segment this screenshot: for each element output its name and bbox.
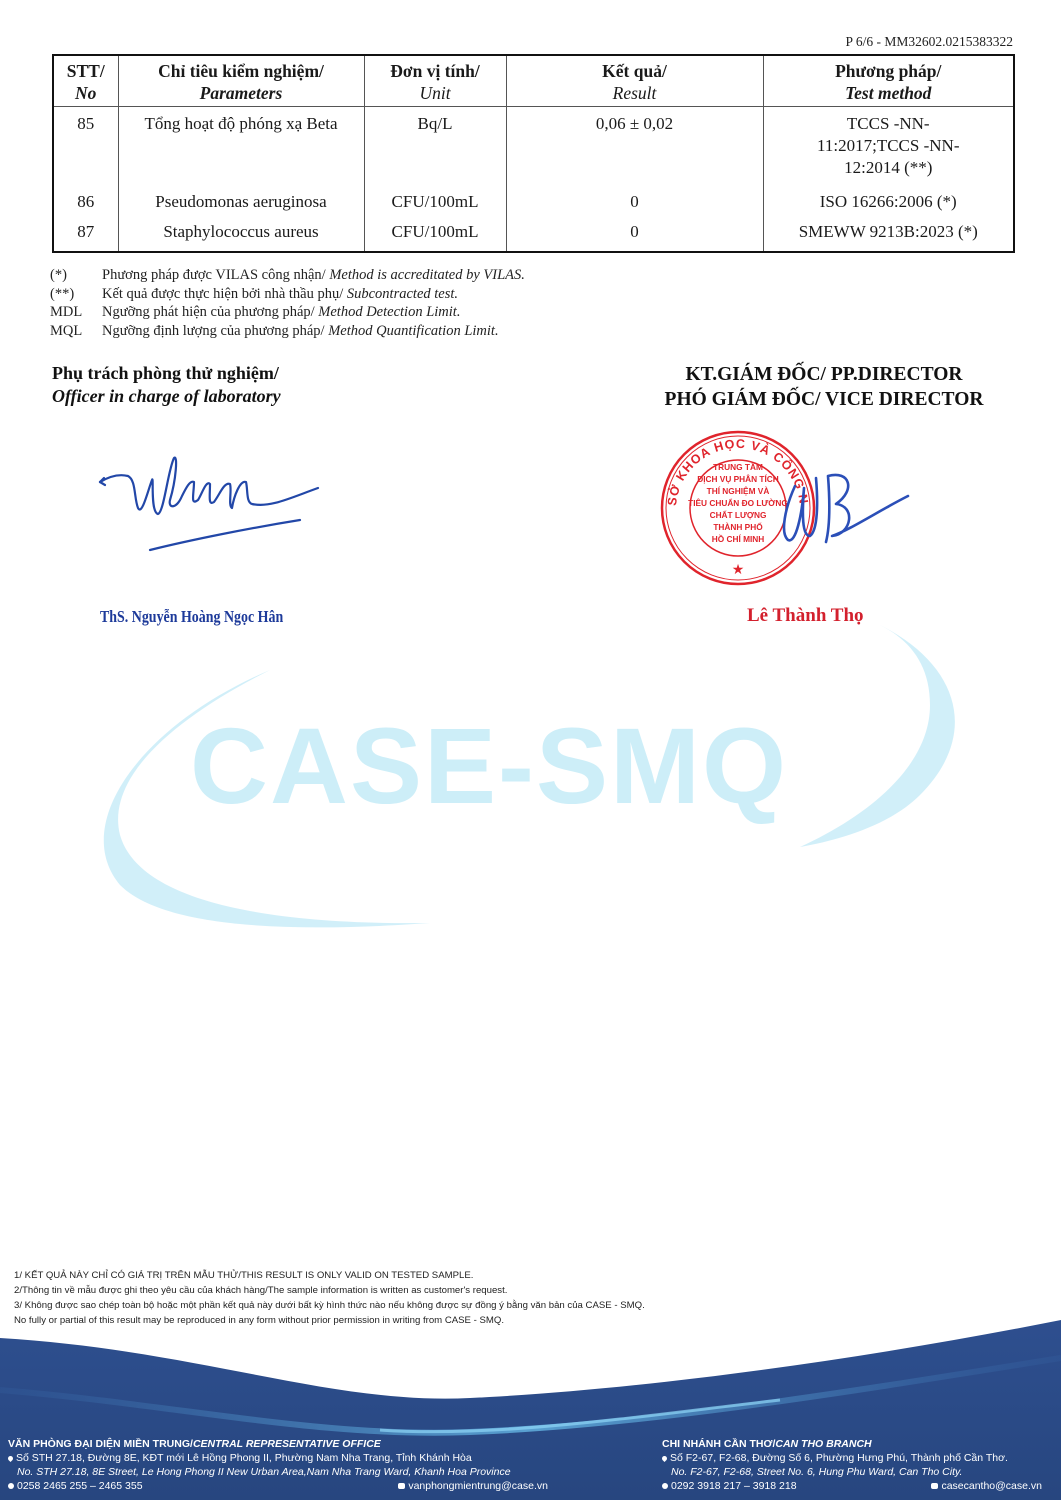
svg-text:DỊCH VỤ PHÂN TÍCH: DỊCH VỤ PHÂN TÍCH: [697, 473, 779, 484]
cell-unit: CFU/100mL: [364, 191, 506, 221]
note-subcontracted: (**) Kết quả được thực hiện bởi nhà thầu…: [50, 285, 525, 304]
branch-email[interactable]: casecantho@case.vn: [941, 1479, 1042, 1493]
cell-no: 85: [53, 107, 118, 192]
cell-result: 0: [506, 221, 763, 252]
page-reference: P 6/6 - MM32602.0215383322: [845, 34, 1013, 50]
cell-parameter: Tổng hoạt độ phóng xạ Beta: [118, 107, 364, 192]
central-office-contact: 0258 2465 255 – 2465 355 vanphongmientru…: [8, 1479, 548, 1493]
branch-address-en: No. F2-67, F2-68, Street No. 6, Hung Phu…: [662, 1465, 1042, 1479]
central-office-title: VĂN PHÒNG ĐẠI DIỆN MIỀN TRUNG/CENTRAL RE…: [8, 1437, 548, 1451]
svg-text:THÍ NGHIỆM VÀ: THÍ NGHIỆM VÀ: [707, 485, 770, 496]
branch-phone: 0292 3918 217 – 3918 218: [671, 1479, 797, 1493]
table-header-row: STT/No Chỉ tiêu kiểm nghiệm/Parameters Đ…: [53, 55, 1014, 107]
note-accredited: (*)Phương pháp được VILAS công nhận/ Met…: [50, 266, 525, 285]
cell-method: SMEWW 9213B:2023 (*): [763, 221, 1014, 252]
cell-parameter: Pseudomonas aeruginosa: [118, 191, 364, 221]
central-office-phone: 0258 2465 255 – 2465 355: [17, 1479, 143, 1493]
cell-method: TCCS -NN-11:2017;TCCS -NN-12:2014 (**): [763, 107, 1014, 192]
svg-text:CHẤT LƯỢNG: CHẤT LƯỢNG: [710, 510, 767, 520]
official-stamp: SỞ KHOA HỌC VÀ CÔNG NGHỆ THÀNH PHỐ HỒ CH…: [650, 418, 910, 598]
header-result: Kết quả/Result: [506, 55, 763, 107]
footer-can-tho-branch: CHI NHÁNH CẦN THƠ/CAN THO BRANCH Số F2-6…: [662, 1437, 1042, 1493]
cell-result: 0: [506, 191, 763, 221]
central-office-email[interactable]: vanphongmientrung@case.vn: [408, 1479, 548, 1493]
lab-officer-signature: [90, 450, 330, 570]
phone-icon: [662, 1483, 668, 1489]
cell-no: 87: [53, 221, 118, 252]
location-pin-icon: [7, 1455, 14, 1462]
cell-unit: Bq/L: [364, 107, 506, 192]
cell-method: ISO 16266:2006 (*): [763, 191, 1014, 221]
table-row: 85 Tổng hoạt độ phóng xạ Beta Bq/L 0,06 …: [53, 107, 1014, 192]
header-unit: Đơn vị tính/Unit: [364, 55, 506, 107]
svg-text:TIÊU CHUẨN ĐO LƯỜNG: TIÊU CHUẨN ĐO LƯỜNG: [688, 497, 788, 508]
lab-officer-name: ThS. Nguyễn Hoàng Ngọc Hân: [100, 607, 283, 627]
disclaimer-line: 1/ KẾT QUẢ NÀY CHỈ CÓ GIÁ TRỊ TRÊN MẪU T…: [14, 1268, 645, 1283]
disclaimer-line: No fully or partial of this result may b…: [14, 1313, 645, 1328]
svg-text:THÀNH PHỐ: THÀNH PHỐ: [713, 521, 763, 532]
header-no: STT/No: [53, 55, 118, 107]
branch-contact: 0292 3918 217 – 3918 218 casecantho@case…: [662, 1479, 1042, 1493]
table-row: 86 Pseudomonas aeruginosa CFU/100mL 0 IS…: [53, 191, 1014, 221]
disclaimer: 1/ KẾT QUẢ NÀY CHỈ CÓ GIÁ TRỊ TRÊN MẪU T…: [14, 1268, 645, 1328]
location-pin-icon: [661, 1455, 668, 1462]
cell-parameter: Staphylococcus aureus: [118, 221, 364, 252]
footer-central-office: VĂN PHÒNG ĐẠI DIỆN MIỀN TRUNG/CENTRAL RE…: [8, 1437, 548, 1493]
svg-text:★: ★: [732, 563, 745, 578]
svg-text:CASE-SMQ: CASE-SMQ: [190, 705, 788, 826]
svg-text:HỒ CHÍ MINH: HỒ CHÍ MINH: [712, 533, 765, 544]
header-test-method: Phương pháp/Test method: [763, 55, 1014, 107]
disclaimer-line: 3/ Không được sao chép toàn bộ hoặc một …: [14, 1298, 645, 1313]
lab-officer-title: Phụ trách phòng thử nghiệm/ Officer in c…: [52, 362, 281, 408]
central-office-address: Số STH 27.18, Đường 8E, KĐT mới Lê Hồng …: [8, 1451, 548, 1465]
case-smq-watermark: CASE-SMQ: [80, 625, 980, 935]
central-office-address-en: No. STH 27.18, 8E Street, Le Hong Phong …: [8, 1465, 548, 1479]
table-notes: (*)Phương pháp được VILAS công nhận/ Met…: [50, 266, 525, 340]
svg-text:TRUNG TÂM: TRUNG TÂM: [713, 461, 763, 472]
note-mql: MQLNgưỡng định lượng của phương pháp/ Me…: [50, 322, 525, 341]
cell-result: 0,06 ± 0,02: [506, 107, 763, 192]
cell-no: 86: [53, 191, 118, 221]
disclaimer-line: 2/Thông tin về mẫu được ghi theo yêu cầu…: [14, 1283, 645, 1298]
email-icon: [398, 1483, 405, 1489]
director-title: KT.GIÁM ĐỐC/ PP.DIRECTOR PHÓ GIÁM ĐỐC/ V…: [648, 362, 1000, 412]
director-name: Lê Thành Thọ: [747, 605, 864, 627]
branch-title: CHI NHÁNH CẦN THƠ/CAN THO BRANCH: [662, 1437, 1042, 1451]
phone-icon: [8, 1483, 14, 1489]
email-icon: [931, 1483, 938, 1489]
note-mdl: MDLNgưỡng phát hiện của phương pháp/ Met…: [50, 303, 525, 322]
header-parameters: Chỉ tiêu kiểm nghiệm/Parameters: [118, 55, 364, 107]
cell-unit: CFU/100mL: [364, 221, 506, 252]
results-table: STT/No Chỉ tiêu kiểm nghiệm/Parameters Đ…: [52, 54, 1015, 253]
table-row: 87 Staphylococcus aureus CFU/100mL 0 SME…: [53, 221, 1014, 252]
branch-address: Số F2-67, F2-68, Đường Số 6, Phường Hưng…: [662, 1451, 1042, 1465]
